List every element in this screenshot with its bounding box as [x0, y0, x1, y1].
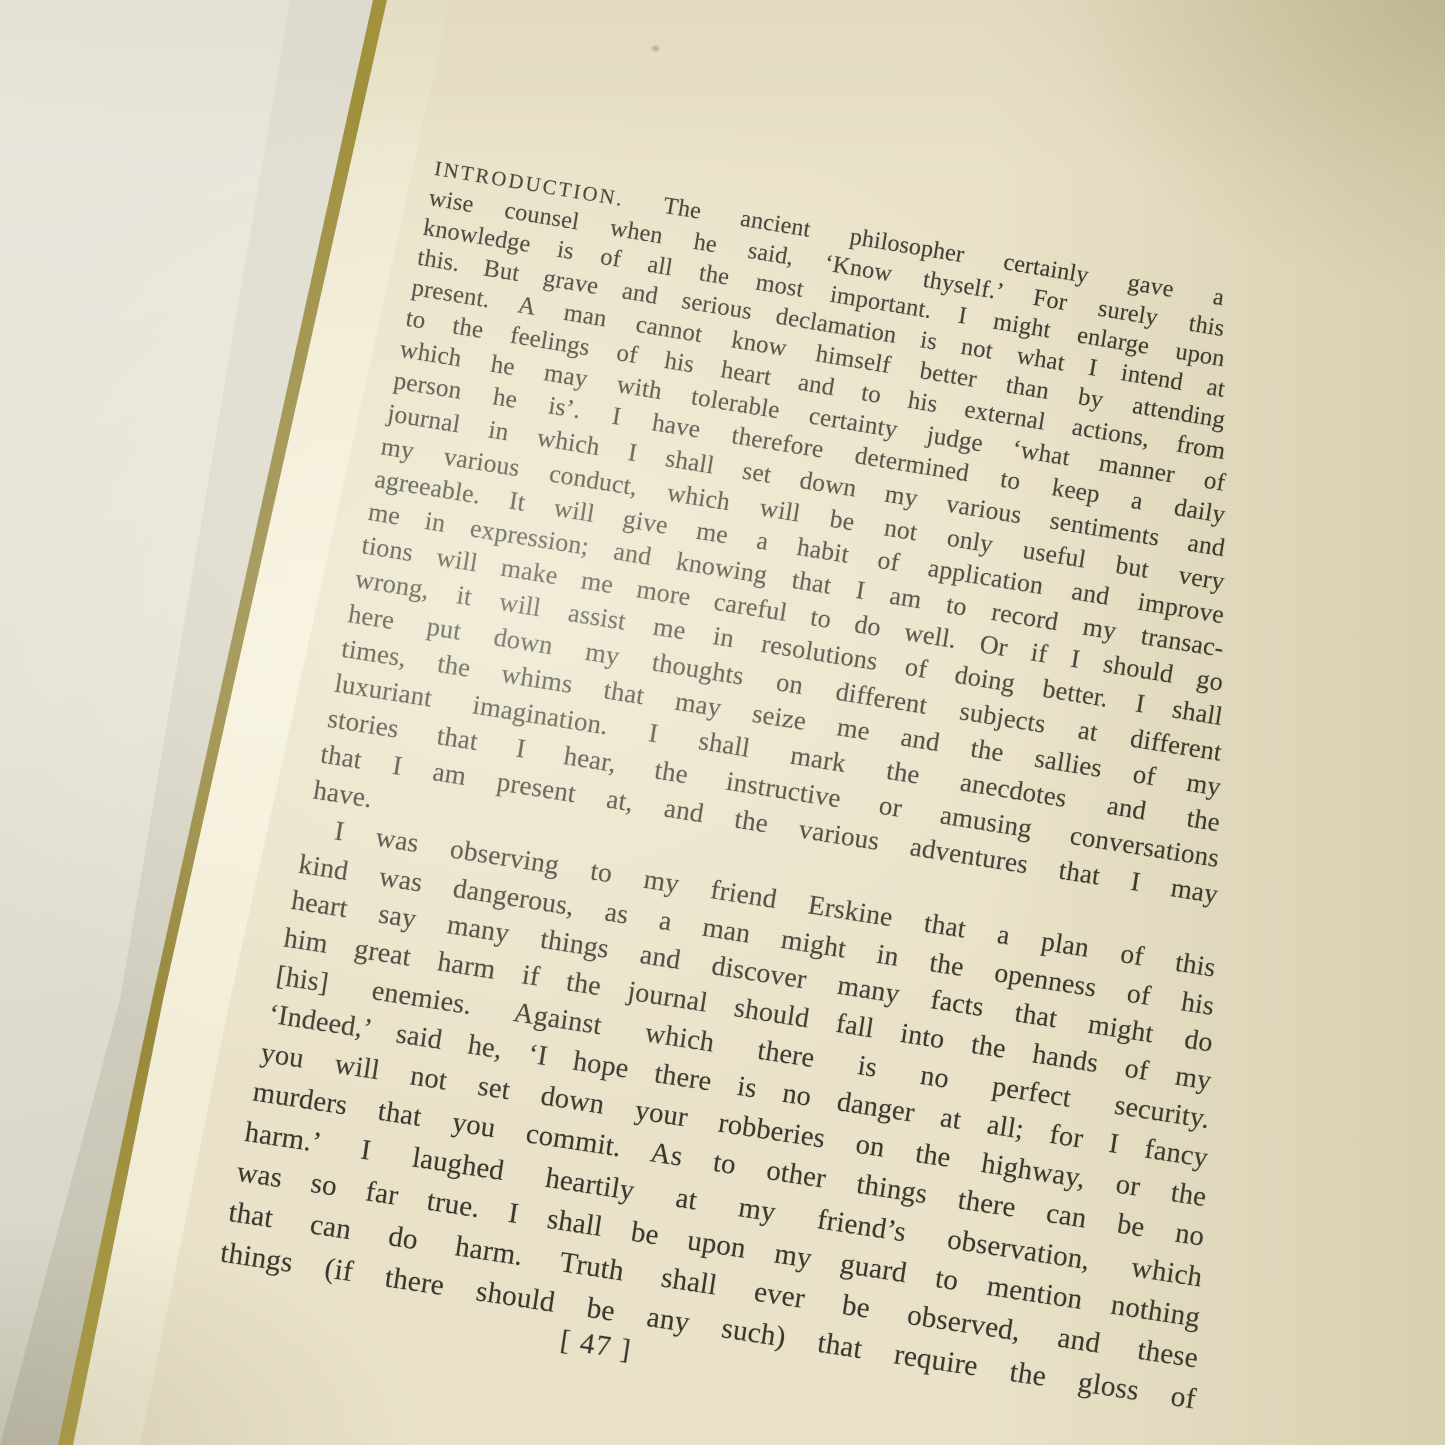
paper-speck — [652, 46, 659, 51]
book-photo: INTRODUCTION. The ancient philosopher ce… — [0, 0, 1445, 1445]
page-text-block: INTRODUCTION. The ancient philosopher ce… — [0, 0, 1445, 1445]
